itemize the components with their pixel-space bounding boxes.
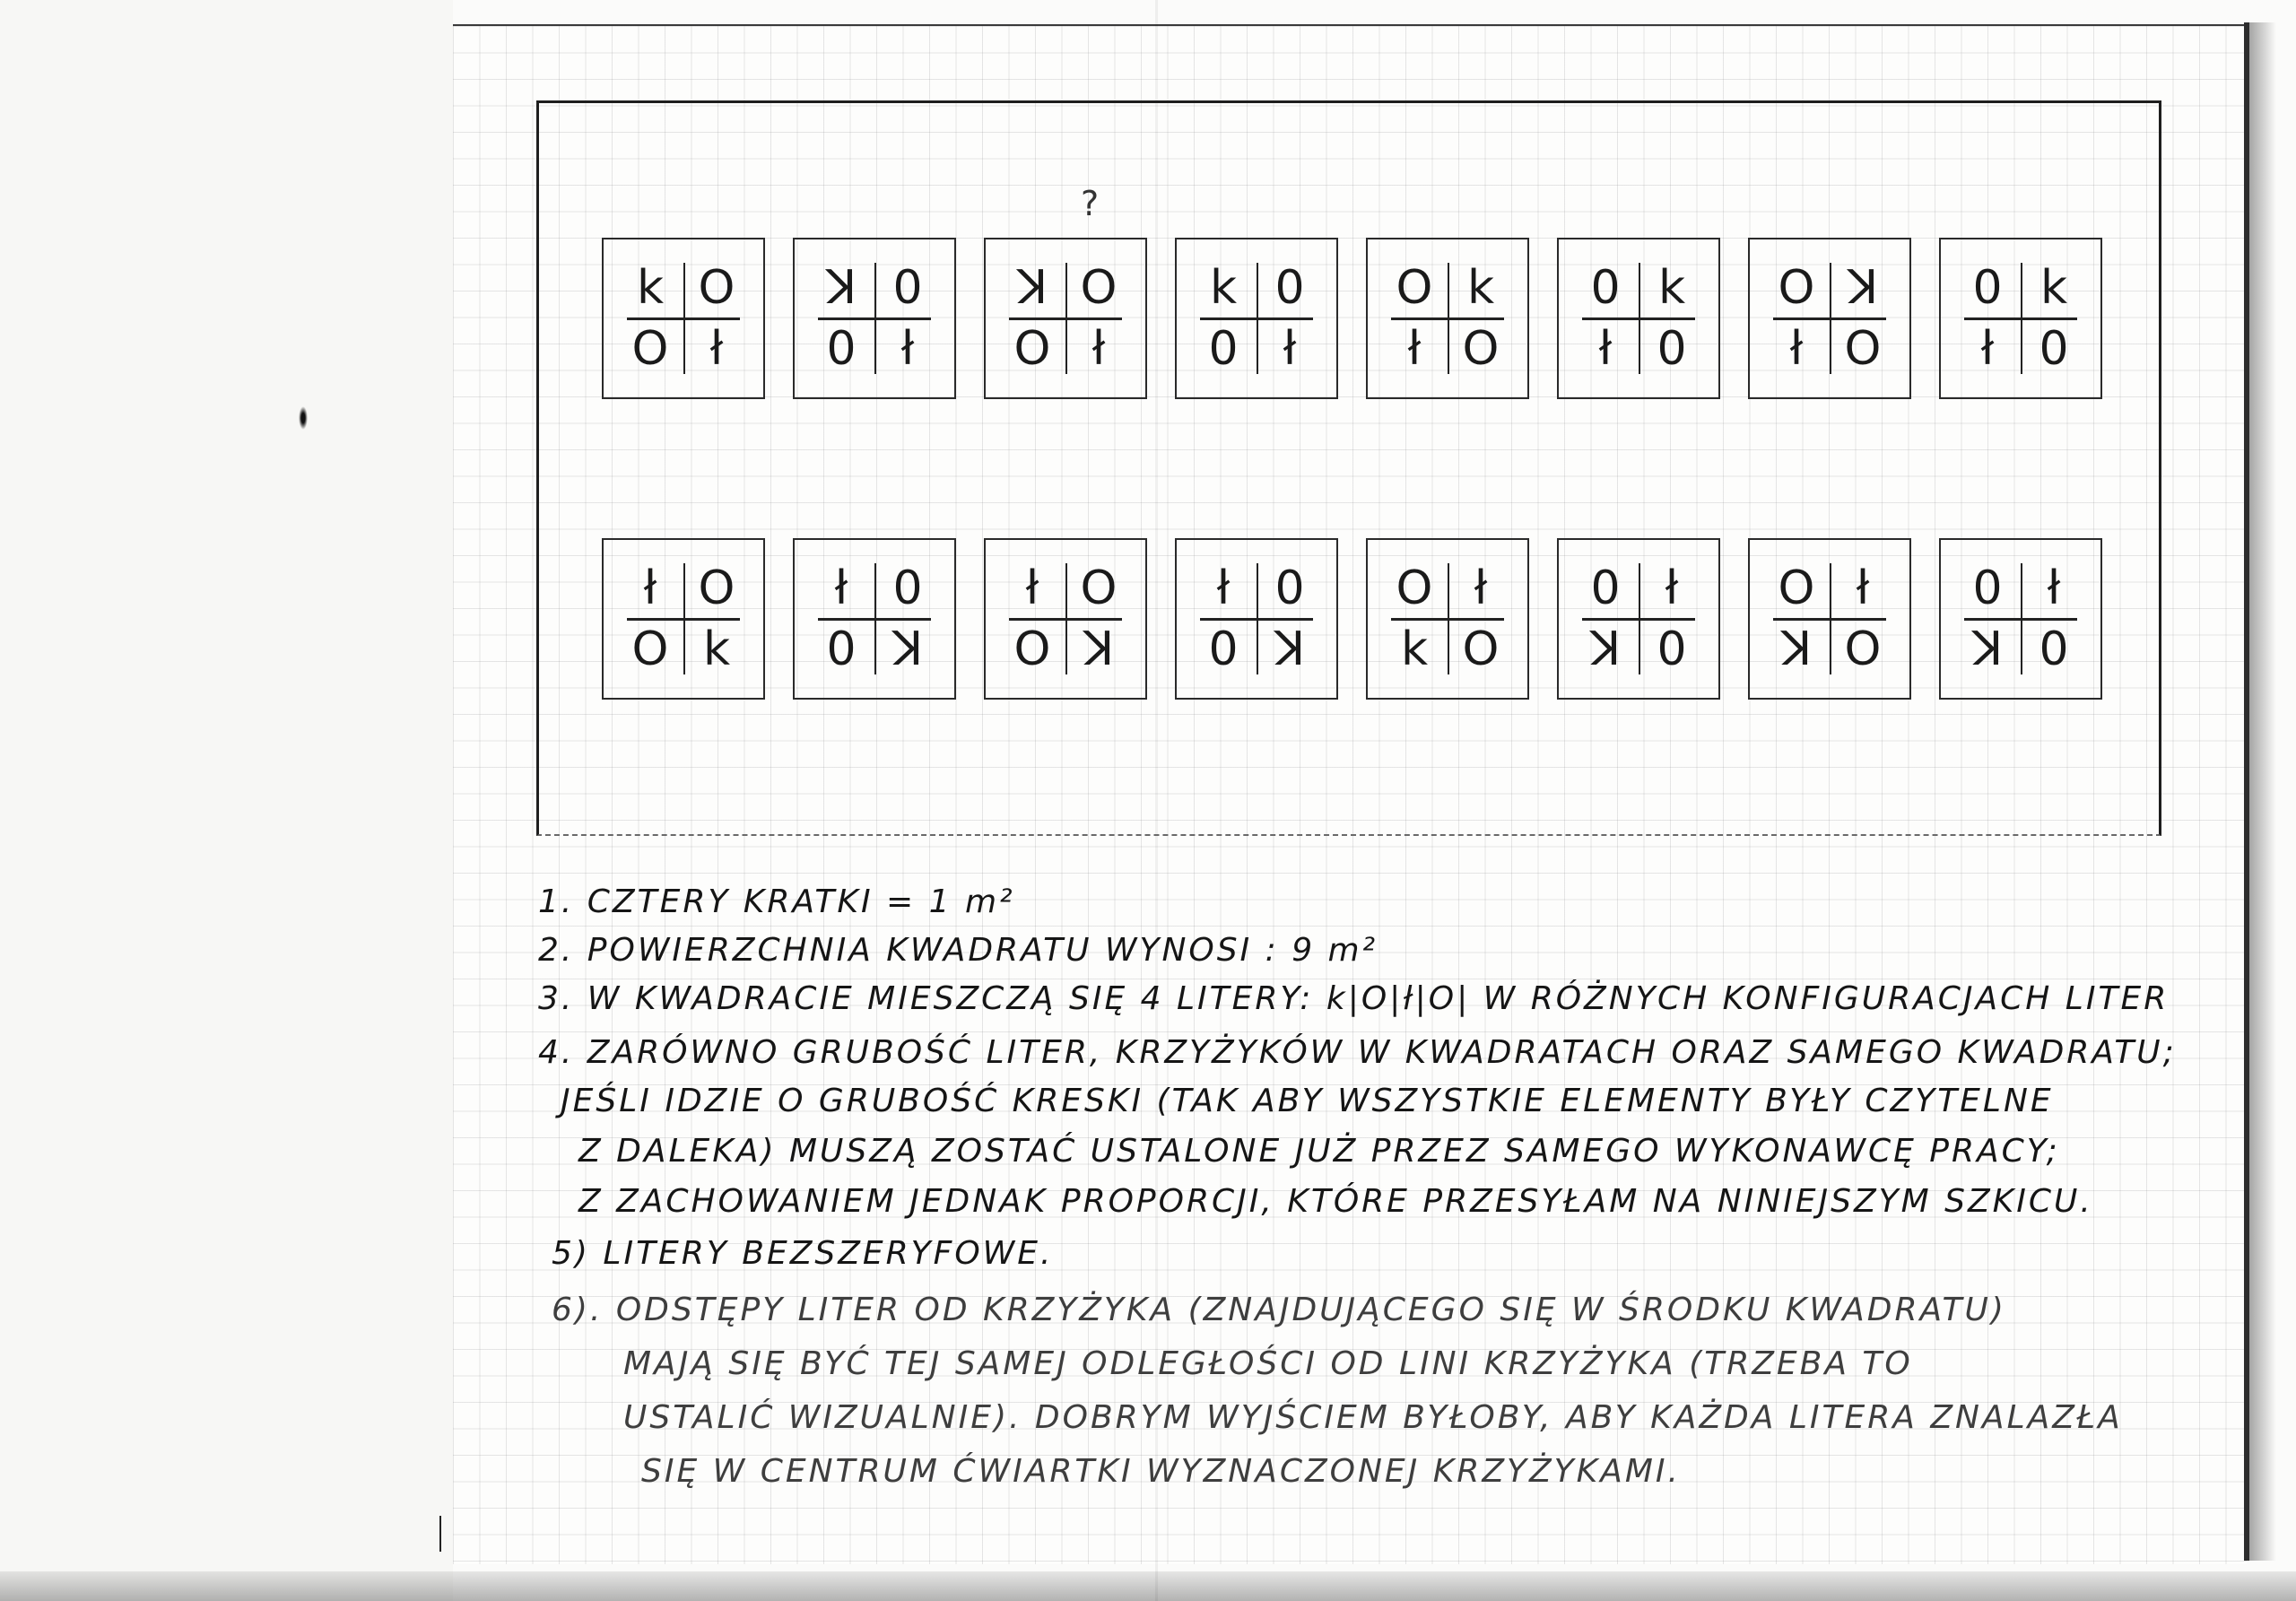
tile-letter-tr: 0 <box>881 261 935 315</box>
question-mark-annotation: ? <box>1081 184 1099 223</box>
tile-letter-bl: O <box>623 322 677 376</box>
note-line-6d: SIĘ W CENTRUM ĆWIARTKI WYZNACZONEJ KRZYŻ… <box>641 1453 1681 1490</box>
letter-tile: OkłO <box>1366 238 1529 399</box>
cross-vertical-line <box>1448 563 1449 674</box>
tile-letter-bl: ł <box>1961 322 2014 376</box>
cross-vertical-line <box>1065 263 1067 374</box>
letter-tile: ł00ꓘ <box>1175 538 1338 700</box>
tile-letter-tl: ł <box>1005 561 1059 615</box>
tile-letter-tr: k <box>1454 261 1508 315</box>
note-line-4b: JEŚLI IDZIE O GRUBOŚĆ KRESKI (TAK ABY WS… <box>561 1083 2054 1119</box>
tile-letter-bl: O <box>1005 622 1059 676</box>
letter-tile: OłkO <box>1366 538 1529 700</box>
note-line-6b: MAJĄ SIĘ BYĆ TEJ SAMEJ ODLEGŁOŚCI OD LIN… <box>623 1345 1913 1382</box>
tile-letter-tl: k <box>1196 261 1250 315</box>
tile-letter-tl: O <box>1770 261 1823 315</box>
tile-letter-tl: 0 <box>1961 261 2014 315</box>
cross-vertical-line <box>683 563 685 674</box>
tile-letter-tr: O <box>690 261 744 315</box>
note-line-4d: Z ZACHOWANIEM JEDNAK PROPORCJI, KTÓRE PR… <box>578 1183 2093 1220</box>
tile-letter-tr: ł <box>1836 561 1890 615</box>
tile-letter-tl: ł <box>623 561 677 615</box>
tile-letter-tl: 0 <box>1578 561 1632 615</box>
letter-tile: 0łꓘ0 <box>1939 538 2102 700</box>
cross-vertical-line <box>874 563 876 674</box>
tile-letter-tr: ł <box>2027 561 2081 615</box>
cross-vertical-line <box>2021 563 2022 674</box>
letter-tile: ł00ꓘ <box>793 538 956 700</box>
tile-letter-tl: ꓘ <box>814 261 868 315</box>
tile-letter-bl: O <box>1005 322 1059 376</box>
tile-letter-tl: k <box>623 261 677 315</box>
tile-letter-bl: k <box>1387 622 1441 676</box>
tile-letter-br: ꓘ <box>1072 622 1126 676</box>
tile-letter-tr: ꓘ <box>1836 261 1890 315</box>
letter-tile: łOOꓘ <box>984 538 1147 700</box>
note-line-3: 3. W KWADRACIE MIESZCZĄ SIĘ 4 LITERY: k|… <box>538 980 2169 1017</box>
note-line-2: 2. POWIERZCHNIA KWADRATU WYNOSI : 9 m² <box>538 932 1378 969</box>
note-line-6: 6). ODSTĘPY LITER OD KRZYŻYKA (ZNAJDUJĄC… <box>552 1292 2006 1328</box>
drawing-frame <box>536 100 2161 836</box>
tile-letter-tl: 0 <box>1961 561 2014 615</box>
cross-vertical-line <box>1257 563 1258 674</box>
note-line-4: 4. ZARÓWNO GRUBOŚĆ LITER, KRZYŻYKÓW W KW… <box>538 1034 2177 1071</box>
tile-letter-bl: ꓘ <box>1961 622 2014 676</box>
note-line-6c: USTALIĆ WIZUALNIE). DOBRYM WYJŚCIEM BYŁO… <box>623 1399 2123 1436</box>
tile-letter-tr: k <box>1645 261 1699 315</box>
tile-letter-br: 0 <box>1645 622 1699 676</box>
tile-letter-bl: ꓘ <box>1578 622 1632 676</box>
tile-letter-tl: O <box>1770 561 1823 615</box>
tile-letter-bl: ł <box>1770 322 1823 376</box>
cross-vertical-line <box>1639 563 1640 674</box>
tile-letter-bl: ł <box>1387 322 1441 376</box>
tile-letter-tr: k <box>2027 261 2081 315</box>
tile-letter-tr: 0 <box>881 561 935 615</box>
tile-letter-bl: 0 <box>1196 622 1250 676</box>
tile-letter-bl: ł <box>1578 322 1632 376</box>
tile-letter-tr: O <box>1072 261 1126 315</box>
tile-letter-bl: O <box>623 622 677 676</box>
sheet-corner-tick <box>439 1516 441 1552</box>
letter-tile: OꓘłO <box>1748 238 1911 399</box>
tile-letter-tl: ł <box>1196 561 1250 615</box>
letter-tile: 0kł0 <box>1557 238 1720 399</box>
cross-vertical-line <box>1448 263 1449 374</box>
tile-letter-br: ł <box>1072 322 1126 376</box>
tile-letter-tr: O <box>690 561 744 615</box>
tile-letter-bl: ꓘ <box>1770 622 1823 676</box>
tile-letter-br: k <box>690 622 744 676</box>
tile-letter-br: ꓘ <box>881 622 935 676</box>
tile-letter-tl: 0 <box>1578 261 1632 315</box>
tile-letter-tr: ł <box>1454 561 1508 615</box>
tile-letter-tr: 0 <box>1263 561 1317 615</box>
cross-vertical-line <box>683 263 685 374</box>
scan-shadow-right <box>2249 22 2276 1561</box>
cross-vertical-line <box>2021 263 2022 374</box>
tile-letter-br: O <box>1836 622 1890 676</box>
tile-letter-br: O <box>1836 322 1890 376</box>
note-line-4c: Z DALEKA) MUSZĄ ZOSTAĆ USTALONE JUŻ PRZE… <box>578 1133 2060 1170</box>
letter-tile: OłꓘO <box>1748 538 1911 700</box>
tile-letter-br: ꓘ <box>1263 622 1317 676</box>
letter-tile: łOOk <box>602 538 765 700</box>
tile-letter-tl: O <box>1387 261 1441 315</box>
tile-letter-tl: ł <box>814 561 868 615</box>
scan-shadow-bottom <box>0 1571 2296 1601</box>
tile-letter-br: 0 <box>1645 322 1699 376</box>
tile-letter-br: O <box>1454 622 1508 676</box>
letter-tile: ꓘ00ł <box>793 238 956 399</box>
cross-vertical-line <box>1257 263 1258 374</box>
letter-tile: k00ł <box>1175 238 1338 399</box>
tile-letter-tl: O <box>1387 561 1441 615</box>
tile-letter-bl: 0 <box>1196 322 1250 376</box>
tile-letter-br: ł <box>690 322 744 376</box>
note-line-5: 5) LITERY BEZSZERYFOWE. <box>552 1235 1053 1272</box>
note-line-1: 1. CZTERY KRATKI = 1 m² <box>538 883 1015 920</box>
tile-letter-tr: 0 <box>1263 261 1317 315</box>
tile-letter-tr: O <box>1072 561 1126 615</box>
cross-vertical-line <box>1830 263 1831 374</box>
letter-tile: kOOł <box>602 238 765 399</box>
tile-letter-br: ł <box>1263 322 1317 376</box>
tile-letter-br: O <box>1454 322 1508 376</box>
cross-vertical-line <box>1639 263 1640 374</box>
tile-letter-br: 0 <box>2027 622 2081 676</box>
letter-tile: 0kł0 <box>1939 238 2102 399</box>
letter-tile: 0łꓘ0 <box>1557 538 1720 700</box>
margin-ink-mark <box>299 406 308 430</box>
tile-letter-bl: 0 <box>814 322 868 376</box>
cross-vertical-line <box>874 263 876 374</box>
cross-vertical-line <box>1830 563 1831 674</box>
tile-letter-tr: ł <box>1645 561 1699 615</box>
tile-letter-br: ł <box>881 322 935 376</box>
tile-letter-tl: ꓘ <box>1005 261 1059 315</box>
tile-letter-bl: 0 <box>814 622 868 676</box>
letter-tile: ꓘOOł <box>984 238 1147 399</box>
scan-background <box>0 0 453 1601</box>
cross-vertical-line <box>1065 563 1067 674</box>
tile-letter-br: 0 <box>2027 322 2081 376</box>
